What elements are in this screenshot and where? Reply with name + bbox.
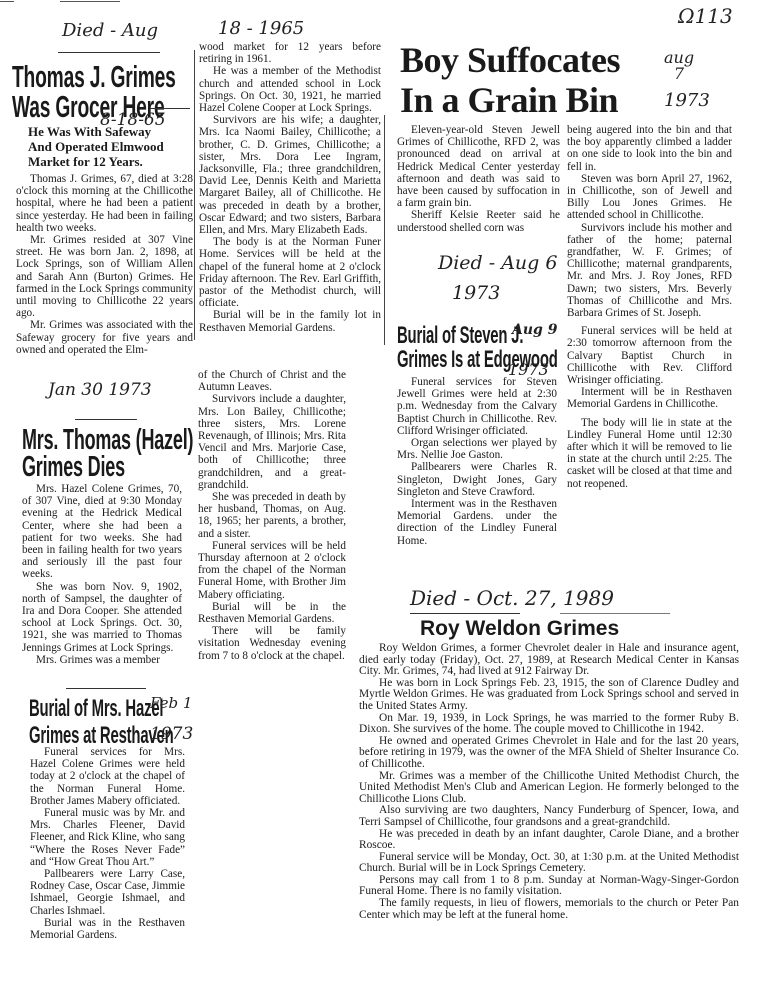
handwritten-died-note: Died - Aug 6 — [438, 252, 557, 274]
divider — [66, 688, 146, 689]
clipping-edge — [384, 115, 385, 345]
divider — [75, 419, 137, 420]
handwritten-date-note: 1973 — [664, 90, 710, 111]
headline: Boy Suffocates — [400, 40, 620, 80]
article-body-col2: of the Church of Christ and the Autumn L… — [198, 369, 346, 662]
handwritten-died-note: 1973 — [452, 282, 500, 304]
article-body-col1: Thomas J. Grimes, 67, died at 3:28 o'clo… — [16, 173, 193, 356]
article-body-col1: Eleven-year-old Steven Jewell Grimes of … — [397, 124, 560, 234]
deck: He Was With Safeway And Operated Elmwood… — [28, 124, 198, 169]
page-number-note: Ω113 — [678, 4, 733, 28]
handwritten-date-note: 1973 — [150, 724, 193, 744]
handwritten-died-note: Died - Oct. 27, 1989 — [410, 586, 614, 610]
pen-stroke — [150, 108, 190, 109]
handwritten-date-note: Jan 30 1973 — [48, 380, 152, 400]
article-body-col2: being augered into the bin and that the … — [567, 124, 732, 490]
article-body: Roy Weldon Grimes, a former Chevrolet de… — [359, 643, 739, 921]
divider — [58, 52, 160, 53]
headline: Roy Weldon Grimes — [420, 616, 619, 642]
handwritten-date-note: 18 - 1965 — [218, 18, 304, 39]
headline: Grimes Dies — [22, 451, 125, 483]
handwritten-date-note: aug 7 — [664, 50, 694, 82]
handwritten-date-note: Feb 1 — [150, 694, 192, 712]
article-body: Funeral services for Mrs. Hazel Colene G… — [30, 746, 185, 941]
headline: Burial of Mrs. Hazel — [29, 695, 163, 722]
article-body-col2: wood market for 12 years before retiring… — [199, 41, 381, 334]
article-body-col1: Mrs. Hazel Colene Grimes, 70, of 307 Vin… — [22, 483, 182, 666]
crop-mark — [0, 1, 14, 2]
divider — [560, 613, 670, 614]
crop-mark — [60, 1, 120, 2]
headline: In a Grain Bin — [400, 80, 618, 120]
divider — [410, 613, 520, 614]
article-body: Funeral services for Steven Jewell Grime… — [397, 376, 557, 547]
handwritten-died-note: Died - Aug — [62, 20, 158, 41]
headline: Burial of Steven J. — [397, 322, 523, 349]
column-rule — [194, 50, 195, 340]
handwritten-date-note: Aug 9 — [512, 322, 557, 338]
